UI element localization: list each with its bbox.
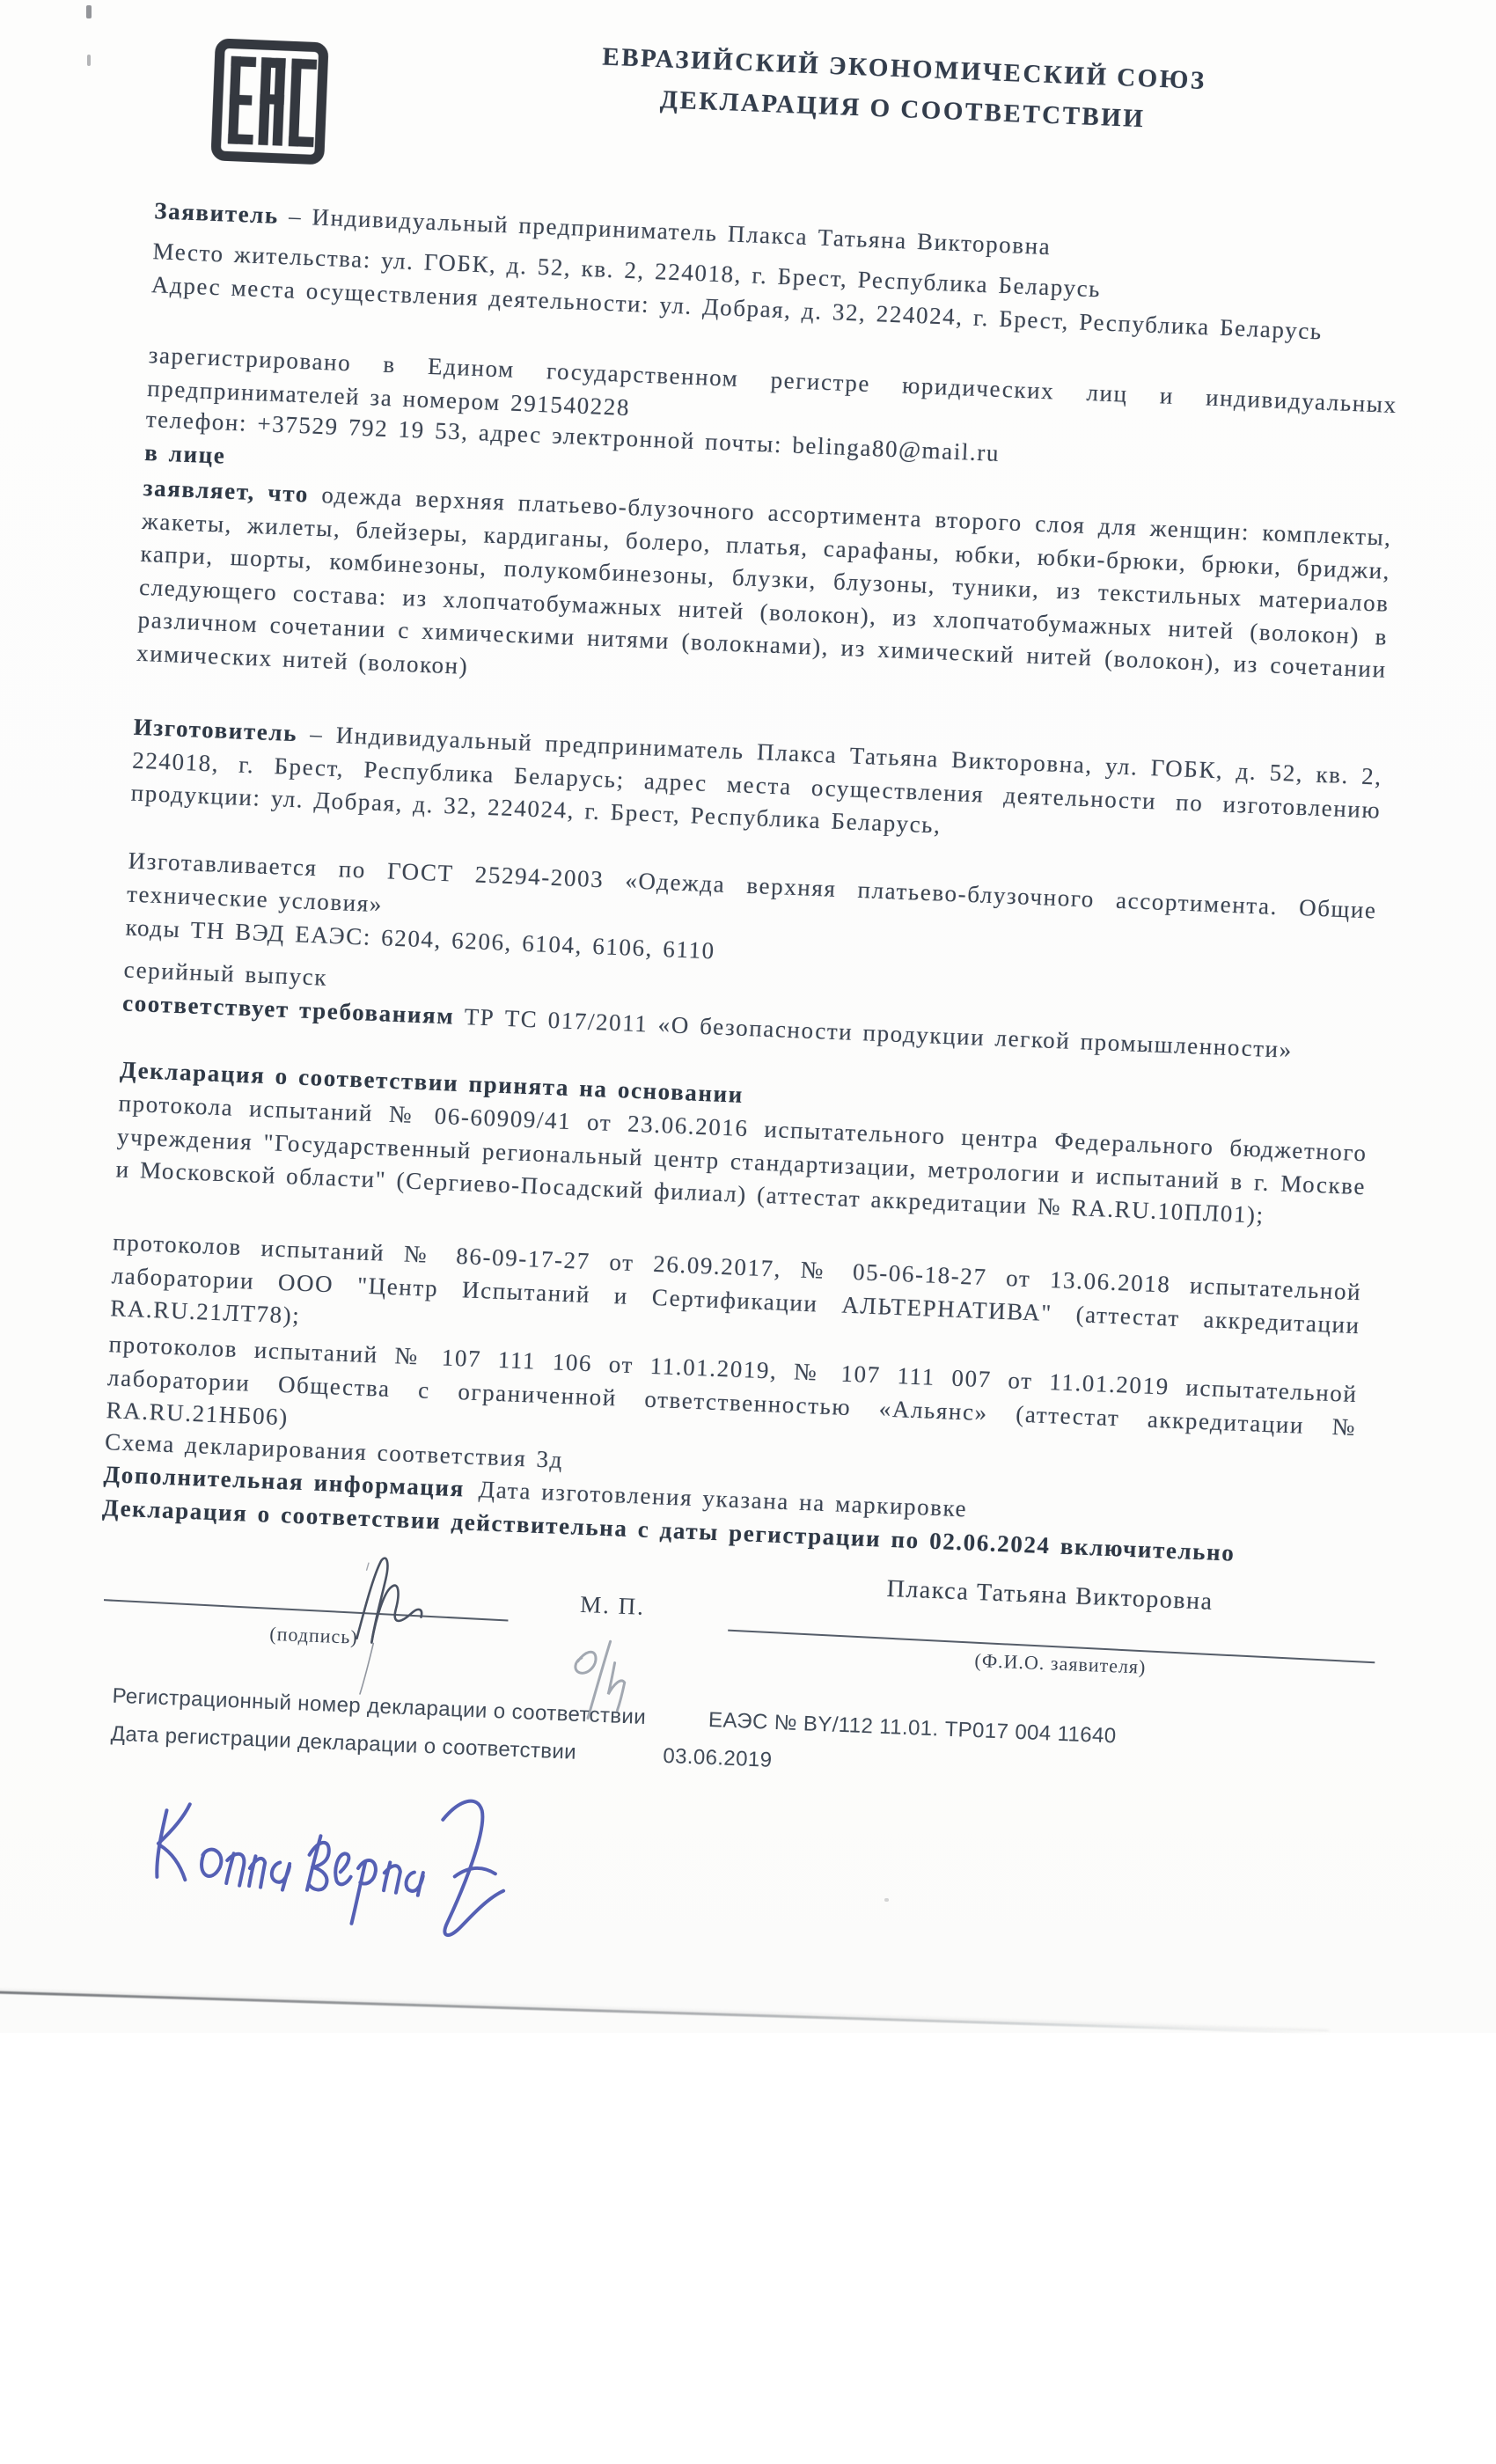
registration-number-value: ЕАЭС № BY/112 11.01. ТР017 004 11640 — [708, 1708, 1118, 1749]
paragraph-manufacturer: Изготовитель – Индивидуальный предприним… — [130, 711, 1382, 861]
scan-speck — [86, 5, 92, 18]
applicant-label: Заявитель — [154, 197, 280, 229]
stamp-place-label: М. П. — [580, 1591, 646, 1621]
manufacturer-label: Изготовитель — [133, 714, 297, 746]
eac-logo — [209, 37, 331, 166]
signature-line — [104, 1599, 509, 1621]
fio-name: Плакса Татьяна Викторовна — [825, 1573, 1275, 1618]
eac-letters — [228, 56, 317, 147]
handwritten-signature — [326, 1551, 434, 1705]
declaration-document: ЕВРАЗИЙСКИЙ ЭКОНОМИЧЕСКИЙ СОЮЗ ДЕКЛАРАЦИ… — [49, 0, 1460, 2120]
in-person-label: в лице — [144, 439, 226, 469]
scan-speck — [87, 55, 91, 66]
declares-label: заявляет, что — [143, 474, 309, 508]
registration-date-value: 03.06.2019 — [663, 1744, 773, 1772]
handwritten-copy-note — [143, 1778, 527, 1947]
document-title: ЕВРАЗИЙСКИЙ ЭКОНОМИЧЕСКИЙ СОЮЗ ДЕКЛАРАЦИ… — [541, 34, 1265, 144]
manufacturer-text: – Индивидуальный предприниматель Плакса … — [130, 720, 1382, 839]
registration-date-label: Дата регистрации декларации о соответств… — [110, 1722, 664, 1769]
